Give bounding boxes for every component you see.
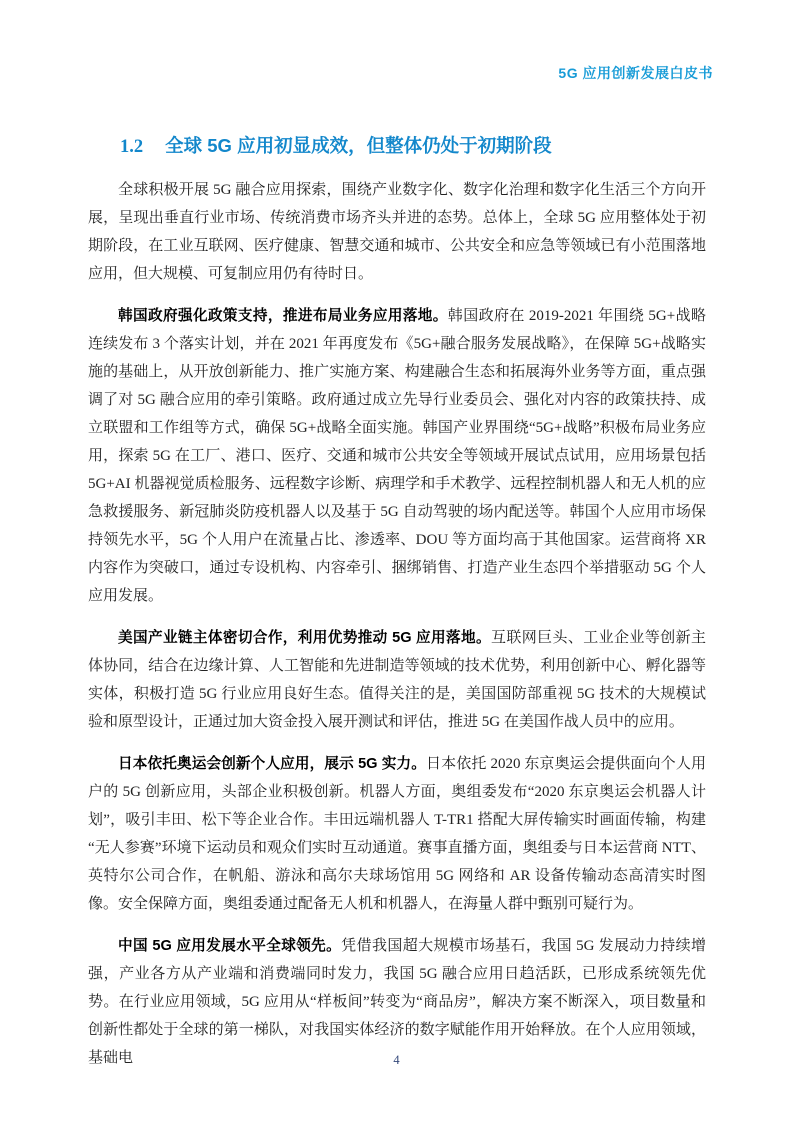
paragraph-china: 中国 5G 应用发展水平全球领先。凭借我国超大规模市场基石，我国 5G 发展动力… bbox=[88, 932, 706, 1072]
section-title: 全球 5G 应用初显成效，但整体仍处于初期阶段 bbox=[165, 135, 551, 156]
paragraph-text: 凭借我国超大规模市场基石，我国 5G 发展动力持续增强，产业各方从产业端和消费端… bbox=[88, 938, 706, 1066]
section-number: 1.2 bbox=[120, 137, 143, 157]
paragraph-lead: 美国产业链主体密切合作，利用优势推动 5G 应用落地。 bbox=[118, 630, 491, 646]
section-heading: 1.2全球 5G 应用初显成效，但整体仍处于初期阶段 bbox=[120, 132, 552, 158]
paragraph-japan: 日本依托奥运会创新个人应用，展示 5G 实力。日本依托 2020 东京奥运会提供… bbox=[88, 750, 706, 918]
paragraph-korea: 韩国政府强化政策支持，推进布局业务应用落地。韩国政府在 2019-2021 年围… bbox=[88, 302, 706, 610]
paragraph-text: 日本依托 2020 东京奥运会提供面向个人用户的 5G 创新应用，头部企业积极创… bbox=[88, 756, 706, 912]
paragraph-lead: 日本依托奥运会创新个人应用，展示 5G 实力。 bbox=[118, 756, 426, 772]
paragraph-lead: 中国 5G 应用发展水平全球领先。 bbox=[118, 938, 341, 954]
paragraph-lead: 韩国政府强化政策支持，推进布局业务应用落地。 bbox=[118, 308, 448, 324]
paragraph-global-overview: 全球积极开展 5G 融合应用探索，围绕产业数字化、数字化治理和数字化生活三个方向… bbox=[88, 176, 706, 288]
document-page: 5G 应用创新发展白皮书 1.2全球 5G 应用初显成效，但整体仍处于初期阶段 … bbox=[0, 0, 793, 1122]
body-content: 全球积极开展 5G 融合应用探索，围绕产业数字化、数字化治理和数字化生活三个方向… bbox=[88, 176, 706, 1072]
page-number: 4 bbox=[0, 1053, 793, 1068]
paragraph-text: 韩国政府在 2019-2021 年围绕 5G+战略连续发布 3 个落实计划，并在… bbox=[88, 308, 706, 604]
paragraph-text: 全球积极开展 5G 融合应用探索，围绕产业数字化、数字化治理和数字化生活三个方向… bbox=[88, 182, 706, 282]
running-header: 5G 应用创新发展白皮书 bbox=[558, 63, 713, 83]
paragraph-usa: 美国产业链主体密切合作，利用优势推动 5G 应用落地。互联网巨头、工业企业等创新… bbox=[88, 624, 706, 736]
